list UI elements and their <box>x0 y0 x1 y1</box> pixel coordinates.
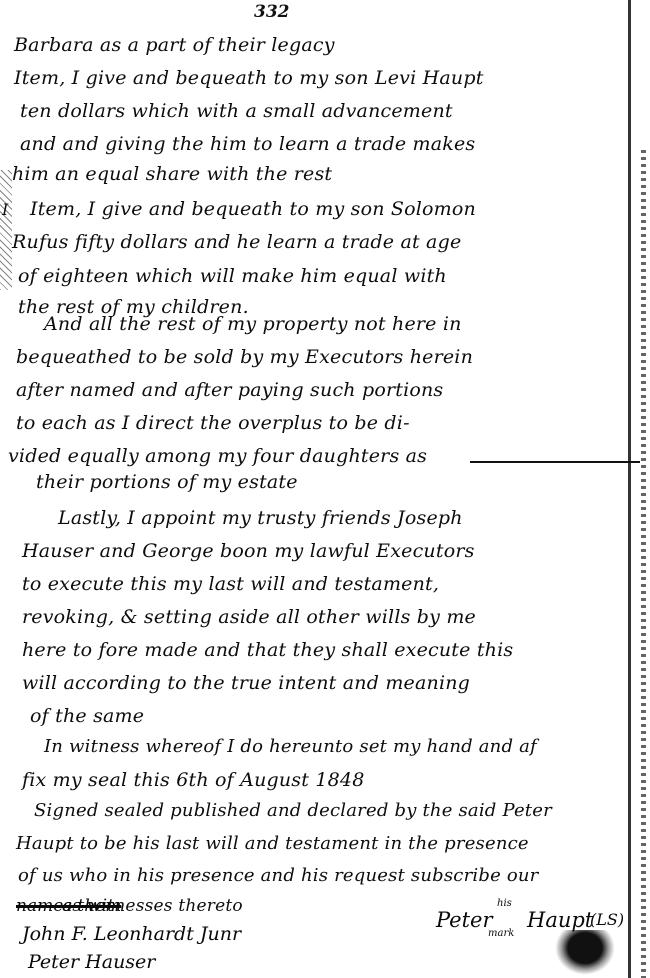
handwritten-line: Signed sealed published and declared by … <box>34 800 552 821</box>
handwritten-line: Item, I give and bequeath to my son Solo… <box>30 198 476 220</box>
witness-name: John F. Leonhardt Junr <box>22 923 241 945</box>
handwritten-line: And all the rest of my property not here… <box>44 313 462 335</box>
handwritten-line: their portions of my estate <box>36 471 298 493</box>
handwritten-line: Rufus fifty dollars and he learn a trade… <box>12 231 461 253</box>
testator-last-name: Haupt <box>527 908 593 932</box>
margin-speckle <box>0 170 12 290</box>
handwritten-line: will according to the true intent and me… <box>22 672 470 694</box>
handwritten-line: fix my seal this 6th of August 1848 <box>22 769 364 791</box>
testator-his-label: his <box>497 898 512 909</box>
handwritten-line: of us who in his presence and his reques… <box>18 865 538 886</box>
page-number: 332 <box>254 2 290 22</box>
handwritten-line: and and giving the him to learn a trade … <box>20 133 475 155</box>
margin-tick-mark: I <box>2 200 8 219</box>
handwritten-line: vided equally among my four daughters as <box>8 445 427 467</box>
handwritten-line: Barbara as a part of their legacy <box>14 34 335 56</box>
handwritten-line: revoking, & setting aside all other will… <box>22 606 476 628</box>
struck-text: names them <box>16 896 121 916</box>
page-binding-edge <box>628 0 631 978</box>
wax-seal-blot <box>555 930 615 975</box>
handwritten-line: here to fore made and that they shall ex… <box>22 639 513 661</box>
handwritten-line: In witness whereof I do hereunto set my … <box>44 736 537 757</box>
page-binding-edge-texture <box>641 150 646 978</box>
handwritten-line: bequeathed to be sold by my Executors he… <box>16 346 473 368</box>
handwritten-line: Hauser and George boon my lawful Executo… <box>22 540 475 562</box>
testator-mark-label: mark <box>488 928 514 939</box>
handwritten-line: Haupt to be his last will and testament … <box>16 833 529 854</box>
handwritten-line: after named and after paying such portio… <box>16 379 443 401</box>
seal-label: (LS) <box>590 910 624 929</box>
handwritten-line: Lastly, I appoint my trusty friends Jose… <box>58 507 463 529</box>
witness-name: Peter Hauser <box>28 951 155 973</box>
scanned-document-page: 332 Barbara as a part of their legacyIte… <box>0 0 650 978</box>
handwritten-line: to each as I direct the overplus to be d… <box>16 412 410 434</box>
testator-first-name: Peter <box>436 908 493 932</box>
handwritten-line: of the same <box>30 705 144 727</box>
handwritten-line: him an equal share with the rest <box>12 163 332 185</box>
handwritten-line: of eighteen which will make him equal wi… <box>18 265 447 287</box>
handwritten-line: ten dollars which with a small advanceme… <box>20 100 453 122</box>
handwritten-line: to execute this my last will and testame… <box>22 573 439 595</box>
handwritten-line: Item, I give and bequeath to my son Levi… <box>14 67 484 89</box>
underline-mark <box>470 461 640 463</box>
